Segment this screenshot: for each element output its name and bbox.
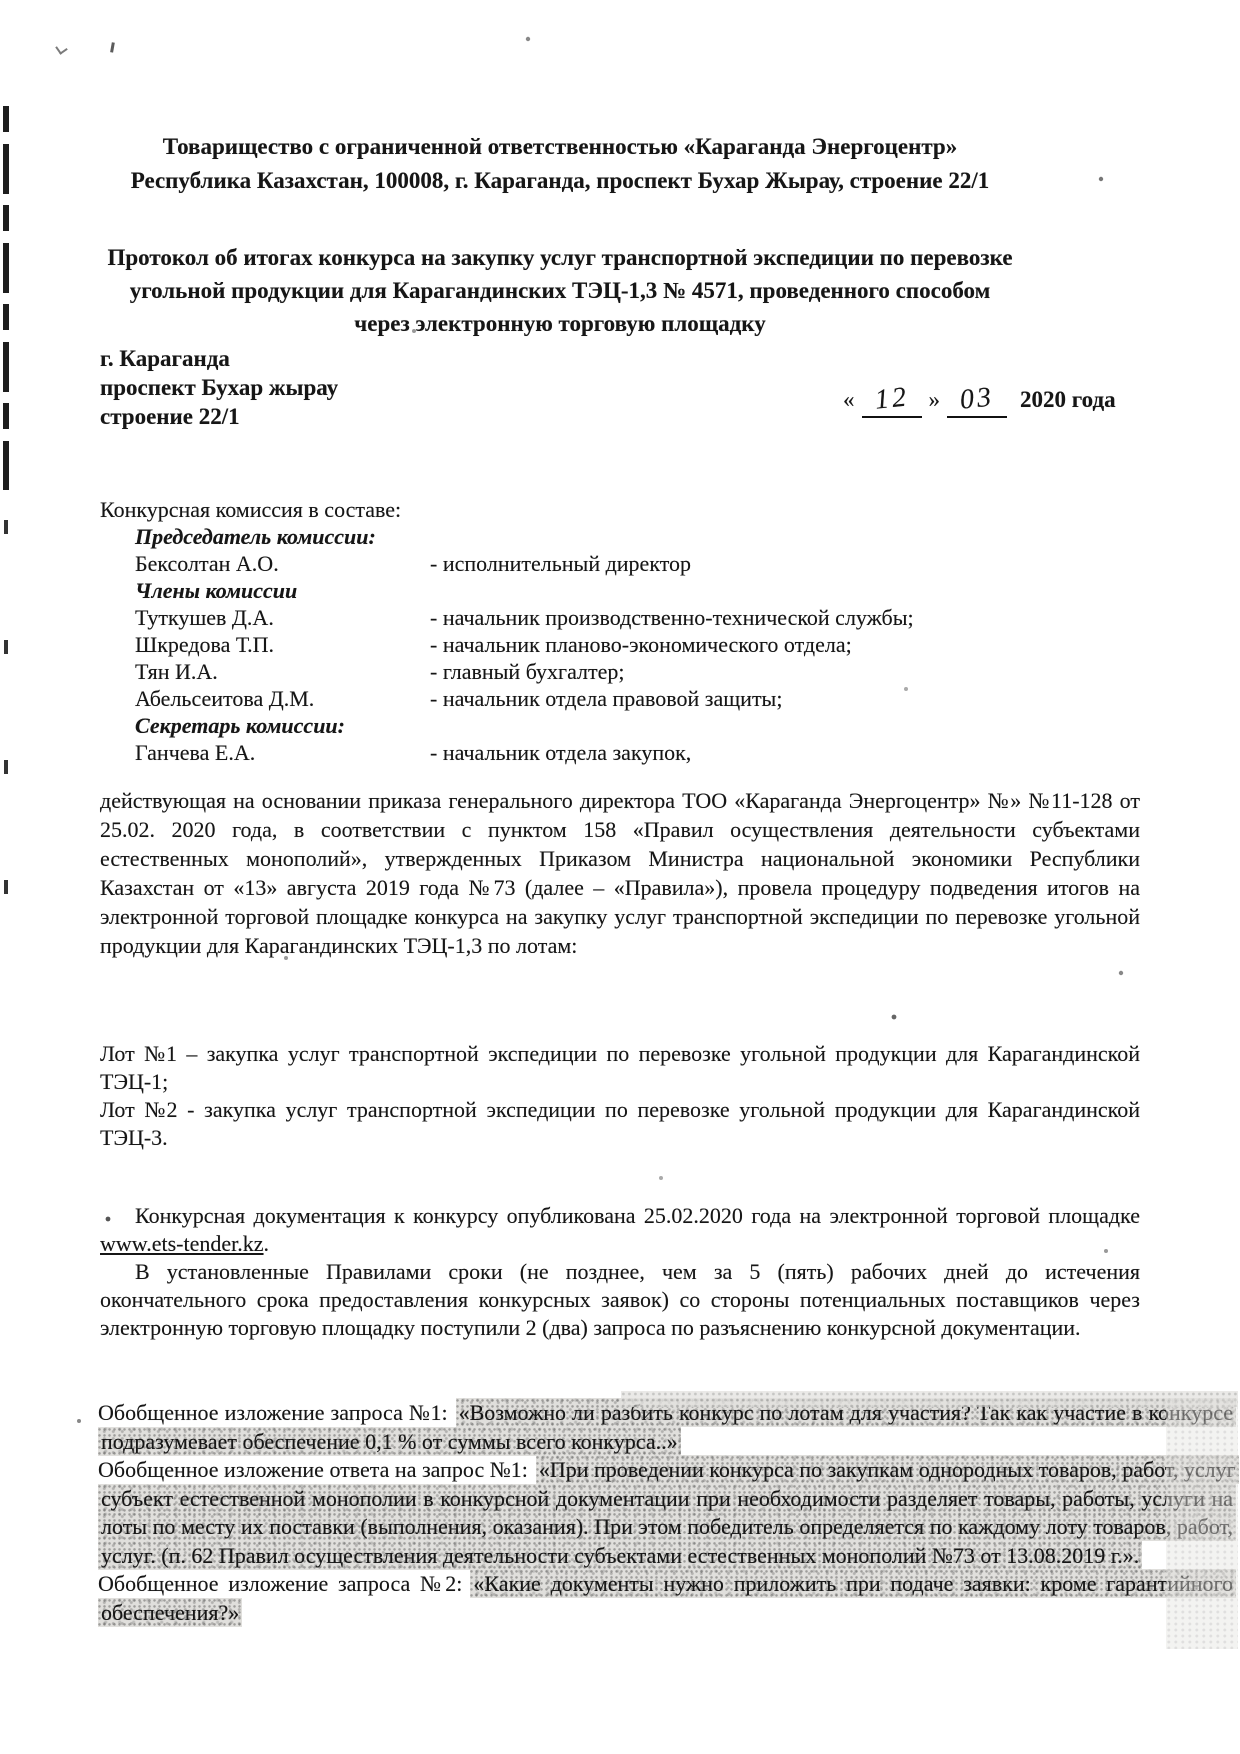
- publication-period: .: [264, 1231, 270, 1256]
- requests-section: Обобщенное изложение запроса №1:«Возможн…: [98, 1399, 1236, 1627]
- request-2: Обобщенное изложение запроса №2:«Какие д…: [98, 1570, 1236, 1627]
- member-role: - начальник планово-экономического отдел…: [430, 631, 1140, 658]
- member-role: - начальник отдела правовой защиты;: [430, 685, 1140, 712]
- publication-text: Конкурсная документация к конкурсу опубл…: [135, 1203, 1140, 1228]
- organization-header: Товарищество с ограниченной ответственно…: [100, 130, 1020, 198]
- handwritten-month: 03: [958, 381, 995, 416]
- commission-intro: Конкурсная комиссия в составе:: [100, 496, 1140, 523]
- lot-2: Лот №2 - закупка услуг транспортной эксп…: [100, 1096, 1140, 1152]
- date-close-quote: »: [929, 387, 941, 412]
- commission-member-row: Туткушев Д.А. - начальник производственн…: [100, 604, 1140, 631]
- commission-member-row: Абельсеитова Д.М. - начальник отдела пра…: [100, 685, 1140, 712]
- answer-1: Обобщенное изложение ответа на запрос №1…: [98, 1456, 1236, 1570]
- tender-site-url: www.ets-tender.kz: [100, 1231, 264, 1256]
- member-name: Туткушев Д.А.: [100, 604, 430, 631]
- member-role: - начальник отдела закупок,: [430, 739, 1140, 766]
- place-building: строение 22/1: [100, 402, 338, 431]
- member-role: - начальник производственно-технической …: [430, 604, 1140, 631]
- organization-name: Товарищество с ограниченной ответственно…: [100, 130, 1020, 164]
- date-open-quote: «: [843, 387, 855, 412]
- left-edge-scan-artifact: [3, 106, 9, 490]
- handwritten-day: 12: [873, 381, 910, 416]
- scan-shade-band: [621, 1391, 1238, 1407]
- commission-chairman-label: Председатель комиссии:: [100, 523, 1140, 550]
- member-name: Тян И.А.: [100, 658, 430, 685]
- publication-section: Конкурсная документация к конкурсу опубл…: [100, 1202, 1140, 1342]
- member-name: Шкредова Т.П.: [100, 631, 430, 658]
- date-month-underline: 03: [947, 383, 1007, 418]
- commission-member-row: Шкредова Т.П. - начальник планово-эконом…: [100, 631, 1140, 658]
- place-block: г. Караганда проспект Бухар жырау строен…: [100, 344, 338, 431]
- member-role: - главный бухгалтер;: [430, 658, 1140, 685]
- member-name: Абельсеитова Д.М.: [100, 685, 430, 712]
- lot-1: Лот №1 – закупка услуг транспортной эксп…: [100, 1040, 1140, 1096]
- organization-address: Республика Казахстан, 100008, г. Караган…: [100, 164, 1020, 198]
- request-1: Обобщенное изложение запроса №1:«Возможн…: [98, 1399, 1236, 1456]
- scan-mark: [105, 41, 115, 52]
- document-title: Протокол об итогах конкурса на закупку у…: [100, 241, 1020, 340]
- commission-member-row: Бексолтан А.О. - исполнительный директор: [100, 550, 1140, 577]
- publication-paragraph: Конкурсная документация к конкурсу опубл…: [100, 1202, 1140, 1258]
- request-1-label: Обобщенное изложение запроса №1:: [98, 1400, 456, 1425]
- deadline-paragraph: В установленные Правилами сроки (не позд…: [100, 1258, 1140, 1342]
- request-2-label: Обобщенное изложение запроса №2:: [98, 1571, 470, 1596]
- member-name: Бексолтан А.О.: [100, 550, 430, 577]
- basis-paragraph: действующая на основании приказа генерал…: [100, 786, 1140, 960]
- commission-secretary-label: Секретарь комиссии:: [100, 712, 1140, 739]
- scan-specks: [0, 0, 2, 2]
- commission-members-label: Члены комиссии: [100, 577, 1140, 604]
- answer-1-label: Обобщенное изложение ответа на запрос №1…: [98, 1457, 536, 1482]
- scan-mark: [55, 42, 68, 55]
- commission-member-row: Ганчева Е.А. - начальник отдела закупок,: [100, 739, 1140, 766]
- lots-section: Лот №1 – закупка услуг транспортной эксп…: [100, 1040, 1140, 1152]
- commission-section: Конкурсная комиссия в составе: Председат…: [100, 496, 1140, 766]
- place-city: г. Караганда: [100, 344, 338, 373]
- member-name: Ганчева Е.А.: [100, 739, 430, 766]
- date-day-underline: 12: [862, 383, 922, 418]
- left-edge-scan-artifact-lower: [4, 520, 8, 900]
- scanned-protocol-page: { "org": { "line1": "Товарищество с огра…: [0, 0, 1240, 1754]
- document-date: «12»032020 года: [843, 383, 1116, 418]
- scan-shade-band: [1166, 1399, 1238, 1649]
- commission-member-row: Тян И.А. - главный бухгалтер;: [100, 658, 1140, 685]
- member-role: - исполнительный директор: [430, 550, 1140, 577]
- place-street: проспект Бухар жырау: [100, 373, 338, 402]
- date-year: 2020 года: [1020, 387, 1116, 412]
